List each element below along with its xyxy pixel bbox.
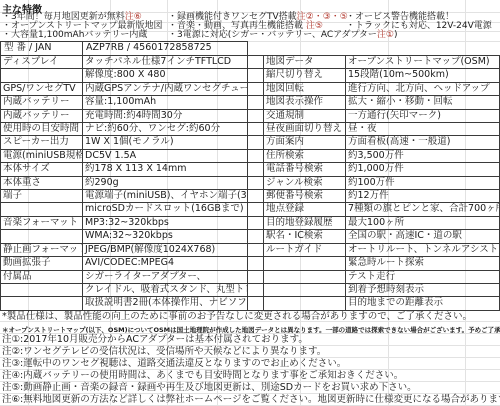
- spacer-cell: [248, 257, 264, 270]
- spec-table: ディスプレイタッチパネル仕様7インチTFTLCD地図データオープンストリートマッ…: [0, 55, 500, 311]
- feature-bullet: ・大容量1,100mAhバッテリー内蔵: [2, 31, 147, 40]
- spec-value-cell: 一方通行(矢印マーク): [346, 110, 500, 123]
- spec-value-cell: オートリルート、トンネルアシスト: [346, 244, 500, 257]
- spec-label-cell: 駅名・IC検索: [264, 230, 346, 243]
- spec-label-cell: 地図表示操作: [264, 96, 346, 109]
- spec-label-cell: [1, 203, 83, 216]
- spec-value-cell: 約1,000万件: [346, 163, 500, 176]
- spec-label-cell: [264, 297, 346, 310]
- spec-label-cell: 静止画フォーマット: [1, 244, 83, 257]
- spec-row: 端子電源端子(miniUSB)、イヤホン端子(3.5mm)郵便番号検索約12万件: [1, 190, 500, 203]
- note-ref: 注①: [377, 30, 394, 40]
- spec-row: microSDカードスロット(16GBまで)地点登録7種類の旗とピンと家、合計7…: [1, 203, 500, 216]
- spec-value-cell: 電源端子(miniUSB)、イヤホン端子(3.5mm): [83, 190, 248, 203]
- spec-value-cell: DC5V 1.5A: [83, 150, 248, 163]
- spec-value-cell: 約100万件: [346, 177, 500, 190]
- spec-value-cell: シガーライターアダプター、: [83, 271, 248, 284]
- spec-value-cell: microSDカードスロット(16GBまで): [83, 203, 248, 216]
- spacer-cell: [248, 56, 264, 69]
- spec-label-cell: 方面案内: [264, 136, 346, 149]
- spec-label-cell: ディスプレイ: [1, 56, 83, 69]
- spec-label-cell: 地図回転: [264, 83, 346, 96]
- spec-row: 内蔵バッテリー充電時間:約4時間30分交通規制一方通行(矢印マーク): [1, 110, 500, 123]
- spec-value-cell: 1W X 1個(モノラル): [83, 136, 248, 149]
- spacer-cell: [248, 83, 264, 96]
- spec-label-cell: 本体重さ: [1, 177, 83, 190]
- spec-row: ディスプレイタッチパネル仕様7インチTFTLCD地図データオープンストリートマッ…: [1, 56, 500, 69]
- note-line: 注③:運転中のワンセグ視聴は、道路交通法違反となりますのでお止めください。: [2, 358, 346, 369]
- spec-value-cell: 目的地までの距離表示: [346, 297, 500, 310]
- model-value: AZP7RB / 4560172858725: [83, 42, 247, 55]
- spec-row: 動画拡張子AVI/CODEC:MPEG4緊急時ルート探索: [1, 257, 500, 270]
- spec-label-cell: [264, 271, 346, 284]
- spec-value-cell: クレイドル、吸着式スタンド、丸型トレイ: [83, 284, 248, 297]
- bullet-text: ・3電源に対応(シガー・バッテリー、ACアダプター: [168, 30, 377, 40]
- model-label: 型 番 / JAN: [1, 42, 83, 55]
- spec-row: 取扱説明書2冊(本体操作用、ナビソフト用)目的地までの距離表示: [1, 297, 500, 310]
- spec-value-cell: 15段階(10m~500km): [346, 69, 500, 82]
- spec-label-cell: [1, 69, 83, 82]
- spec-label-cell: 本体サイズ: [1, 163, 83, 176]
- spec-row: WMA:32~320kbps駅名・IC検索全国の駅・高速IC・道の駅: [1, 230, 500, 243]
- spec-row: 内蔵バッテリー容量:1,100mAh地図表示操作拡大・縮小・移動・回転: [1, 96, 500, 109]
- spec-value-cell: 内蔵GPSアンテナ/内蔵ワンセグチューナー: [83, 83, 248, 96]
- spec-value-cell: タッチパネル仕様7インチTFTLCD: [83, 56, 248, 69]
- spec-value-cell: WMA:32~320kbps: [83, 230, 248, 243]
- spec-label-cell: 使用時の目安時間: [1, 123, 83, 136]
- spec-row: スピーカー出力1W X 1個(モノラル)方面案内方面看板(高速・一般道): [1, 136, 500, 149]
- spec-label-cell: 地図データ: [264, 56, 346, 69]
- spacer-cell: [248, 177, 264, 190]
- spec-label-cell: 動画拡張子: [1, 257, 83, 270]
- spec-label-cell: ジャンル検索: [264, 177, 346, 190]
- spec-label-cell: ルートガイド: [264, 244, 346, 257]
- spec-label-cell: [1, 230, 83, 243]
- spec-label-cell: スピーカー出力: [1, 136, 83, 149]
- spacer-cell: [248, 244, 264, 257]
- spacer-cell: [248, 136, 264, 149]
- feature-bullet: ・3電源に対応(シガー・バッテリー、ACアダプター注①): [168, 31, 398, 40]
- spacer-cell: [248, 271, 264, 284]
- spec-label-cell: 地点登録: [264, 203, 346, 216]
- spec-label-cell: [264, 257, 346, 270]
- note-line: 注⑤:動画静止画・音楽の録音・録画や再生及び地図更新は、別途SDカードをお買い求…: [2, 382, 417, 393]
- spec-label-cell: 電源(miniUSB規格): [1, 150, 83, 163]
- spacer-cell: [248, 297, 264, 310]
- spacer-cell: [248, 123, 264, 136]
- spec-label-cell: 目的地登録履歴: [264, 217, 346, 230]
- spec-value-cell: 解像度:800 X 480: [83, 69, 248, 82]
- spacer-cell: [248, 69, 264, 82]
- spec-value-cell: テスト走行: [346, 271, 500, 284]
- spec-value-cell: 最大100ヶ所: [346, 217, 500, 230]
- spec-value-cell: JPEG/BMP(解像度1024X768): [83, 244, 248, 257]
- spec-value-cell: 7種類の旗とピンと家、合計700ヶ所: [346, 203, 500, 216]
- spec-value-cell: 取扱説明書2冊(本体操作用、ナビソフト用): [83, 297, 248, 310]
- footnote-product: *製品仕様は、製品性能の向上のために事前のお予告なしに変更される場合がありますの…: [2, 311, 472, 322]
- spec-value-cell: 約12万件: [346, 190, 500, 203]
- spec-value-cell: ナビ:約60分、ワンセグ:約60分: [83, 123, 248, 136]
- spec-value-cell: 拡大・縮小・移動・回転: [346, 96, 500, 109]
- spec-value-cell: 方面看板(高速・一般道): [346, 136, 500, 149]
- spec-row: 本体重さ約290gジャンル検索約100万件: [1, 177, 500, 190]
- feature-bullet: ・トラックにも対応、12V-24V電源: [346, 22, 492, 31]
- spec-value-cell: 容量:1,100mAh: [83, 96, 248, 109]
- spacer-cell: [248, 230, 264, 243]
- spec-value-cell: 充電時間:約4時間30分: [83, 110, 248, 123]
- spec-label-cell: 交通規制: [264, 110, 346, 123]
- spec-label-cell: 付属品: [1, 271, 83, 284]
- spec-label-cell: 郵便番号検索: [264, 190, 346, 203]
- spec-value-cell: 約178 X 113 X 14mm: [83, 163, 248, 176]
- spec-label-cell: 内蔵バッテリー: [1, 96, 83, 109]
- spacer-cell: [248, 284, 264, 297]
- note-line: 注④:内蔵バッテリーの使用時間は、あくまでも目安時間となります事をご承知おきくだ…: [2, 370, 403, 381]
- spacer-cell: [248, 150, 264, 163]
- spec-label-cell: GPS/ワンセグTV: [1, 83, 83, 96]
- spec-value-cell: 到着予想時刻表示: [346, 284, 500, 297]
- spec-value-cell: オープンストリートマップ(OSM): [346, 56, 500, 69]
- spec-value-cell: 昼・夜: [346, 123, 500, 136]
- spec-row: 電源(miniUSB規格)DC5V 1.5A住所検索約3,500万件: [1, 150, 500, 163]
- spec-label-cell: 内蔵バッテリー: [1, 110, 83, 123]
- spec-row: GPS/ワンセグTV内蔵GPSアンテナ/内蔵ワンセグチューナー地図回転進行方向、…: [1, 83, 500, 96]
- spec-value-cell: 全国の駅・高速IC・道の駅: [346, 230, 500, 243]
- bullet-text: ・大容量1,100mAhバッテリー内蔵: [2, 30, 147, 40]
- spec-value-cell: MP3:32~320kbps: [83, 217, 248, 230]
- spec-row: 音楽フォーマットMP3:32~320kbps目的地登録履歴最大100ヶ所: [1, 217, 500, 230]
- spec-row: 使用時の目安時間ナビ:約60分、ワンセグ:約60分昼夜画面切り替え昼・夜: [1, 123, 500, 136]
- spec-label-cell: 音楽フォーマット: [1, 217, 83, 230]
- spec-row: 本体サイズ約178 X 113 X 14mm電話番号検索約1,000万件: [1, 163, 500, 176]
- spec-value-cell: 約3,500万件: [346, 150, 500, 163]
- model-number-row: 型 番 / JAN AZP7RB / 4560172858725: [0, 41, 248, 56]
- note-line: 注②:ワンセグテレビの受信状況は、受信場所や天候などにより異なります。: [2, 346, 326, 357]
- spacer-cell: [248, 163, 264, 176]
- spacer-cell: [248, 110, 264, 123]
- note-line: 注⑥:無料地図更新の方法など詳しくは弊社ホームページをご覧ください。地図更新時に…: [2, 394, 500, 405]
- spec-value-cell: AVI/CODEC:MPEG4: [83, 257, 248, 270]
- bullet-text: ): [394, 30, 398, 40]
- spec-row: 解像度:800 X 480縮尺切り替え15段階(10m~500km): [1, 69, 500, 82]
- spec-label-cell: [1, 297, 83, 310]
- spec-label-cell: 電話番号検索: [264, 163, 346, 176]
- spec-label-cell: [1, 284, 83, 297]
- spec-value-cell: 緊急時ルート探索: [346, 257, 500, 270]
- spec-label-cell: 昼夜画面切り替え: [264, 123, 346, 136]
- spec-label-cell: 住所検索: [264, 150, 346, 163]
- spacer-cell: [248, 217, 264, 230]
- spacer-cell: [248, 96, 264, 109]
- spec-row: クレイドル、吸着式スタンド、丸型トレイ到着予想時刻表示: [1, 284, 500, 297]
- spacer-cell: [248, 203, 264, 216]
- spec-sheet: 主な特徴 ・3年間！毎月地図更新が無料注⑥・オープンストリートマップ最新版地図・…: [0, 0, 500, 406]
- spec-row: 静止画フォーマットJPEG/BMP(解像度1024X768)ルートガイドオートリ…: [1, 244, 500, 257]
- spec-value-cell: 約290g: [83, 177, 248, 190]
- spec-label-cell: [264, 284, 346, 297]
- spec-row: 付属品シガーライターアダプター、テスト走行: [1, 271, 500, 284]
- spec-value-cell: 進行方向、北方向、ヘッドアップ: [346, 83, 500, 96]
- spacer-cell: [248, 190, 264, 203]
- spec-label-cell: 縮尺切り替え: [264, 69, 346, 82]
- bullet-text: ・トラックにも対応、12V-24V電源: [346, 21, 492, 31]
- spec-label-cell: 端子: [1, 190, 83, 203]
- note-line: 注①:2017年10月販売分からACアダプターは基本付属されております。: [2, 334, 308, 345]
